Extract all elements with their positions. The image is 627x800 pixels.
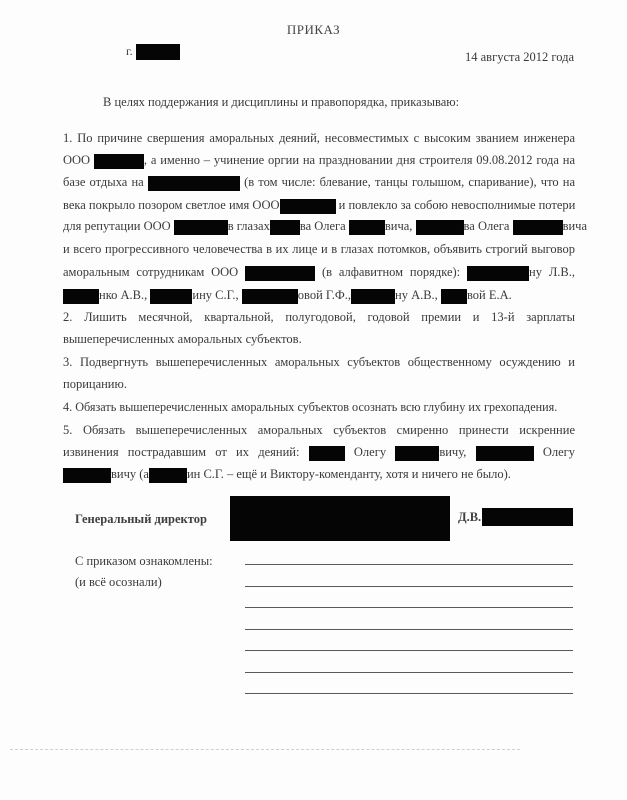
text: аморальным сотрудникам ООО: [63, 265, 238, 279]
text: вичу (а: [111, 467, 149, 481]
text: извинения пострадавшим от их деяний:: [63, 445, 299, 459]
text: ин С.Г. – ещё и Виктору-коменданту, хотя…: [187, 467, 511, 481]
redaction: [270, 220, 300, 235]
p3-line-2: порицанию.: [63, 377, 575, 392]
p5-line-3: вичу (аин С.Г. – ещё и Виктору-комендант…: [63, 467, 575, 483]
text: (в том числе: блевание, танцы голышом, с…: [244, 175, 575, 189]
p2-line-1: 2. Лишить месячной, квартальной, полугод…: [63, 310, 575, 325]
p1-line-5: для репутации ООО в глазахва Олега вича,…: [63, 219, 575, 235]
redaction: [467, 266, 529, 281]
text: вой Е.А.: [467, 288, 512, 302]
signature-line: [245, 607, 573, 608]
signature-line: [245, 629, 573, 630]
p1-line-7: аморальным сотрудникам ООО (в алфавитном…: [63, 265, 575, 281]
text: ООО: [63, 153, 90, 167]
text: ну А.В.,: [395, 288, 438, 302]
redaction: [63, 468, 111, 483]
text: ну Л.В.,: [529, 265, 575, 279]
p4-line-1: 4. Обязать вышеперечисленных аморальных …: [63, 400, 575, 415]
text: вича,: [385, 219, 413, 233]
redaction: [245, 266, 315, 281]
p1-line-4: века покрыло позором светлое имя ООО и п…: [63, 198, 575, 214]
text: ва Олега: [300, 219, 346, 233]
redaction-signature-name: [482, 508, 573, 526]
redaction: [416, 220, 464, 235]
signature-line: [245, 693, 573, 694]
document-date: 14 августа 2012 года: [465, 50, 574, 65]
p1-line-8: нко А.В., ину С.Г., овой Г.Ф.,ну А.В., в…: [63, 288, 575, 304]
signature-line: [245, 672, 573, 673]
redaction: [63, 289, 99, 304]
text: базе отдыха на: [63, 175, 144, 189]
text: вичу,: [439, 445, 466, 459]
redaction-city: [136, 44, 180, 60]
city-line: г.: [126, 44, 180, 60]
redaction: [309, 446, 345, 461]
city-prefix: г.: [126, 44, 133, 58]
redaction: [351, 289, 395, 304]
redaction: [513, 220, 563, 235]
signature-role: Генеральный директор: [75, 512, 207, 527]
text: нко А.В.,: [99, 288, 147, 302]
signature-line: [245, 650, 573, 651]
p5-line-1: 5. Обязать вышеперечисленных аморальных …: [63, 423, 575, 438]
text: в глазах: [228, 219, 270, 233]
acknowledgement-label: С приказом ознакомлены:: [75, 554, 213, 569]
p1-line-3: базе отдыха на (в том числе: блевание, т…: [63, 175, 575, 191]
p5-line-2: извинения пострадавшим от их деяний: Оле…: [63, 445, 575, 461]
text: века покрыло позором светлое имя ООО: [63, 198, 280, 212]
redaction: [174, 220, 228, 235]
preamble: В целях поддержания и дисциплины и право…: [103, 95, 459, 110]
text: ва Олега: [464, 219, 510, 233]
text: ину С.Г.,: [192, 288, 238, 302]
signature-line: [245, 564, 573, 565]
redaction: [441, 289, 467, 304]
redaction: [476, 446, 534, 461]
redaction: [242, 289, 298, 304]
signature-initials: Д.В.: [458, 510, 481, 525]
text: вича: [563, 219, 587, 233]
text: для репутации ООО: [63, 219, 171, 233]
p2-line-2: вышеперечисленных аморальных субъектов.: [63, 332, 575, 347]
redaction: [148, 176, 240, 191]
redaction-signature: [230, 496, 450, 541]
text: и повлекло за собою невосполнимые потери: [339, 198, 576, 212]
p1-line-2: ООО , а именно – учинение оргии на празд…: [63, 153, 575, 169]
redaction: [280, 199, 336, 214]
p1-line-6: и всего прогрессивного человечества в их…: [63, 242, 575, 257]
redaction: [395, 446, 439, 461]
document-title: ПРИКАЗ: [0, 22, 627, 38]
text: овой Г.Ф.,: [298, 288, 351, 302]
redaction: [349, 220, 385, 235]
text: , а именно – учинение оргии на празднова…: [144, 153, 575, 167]
signature-line: [245, 586, 573, 587]
scan-artifact-line: [10, 749, 520, 750]
redaction: [94, 154, 144, 169]
p1-line-1: 1. По причине свершения аморальных деяни…: [63, 131, 575, 146]
redaction: [150, 289, 192, 304]
acknowledgement-sublabel: (и всё осознали): [75, 575, 162, 590]
text: Олегу: [354, 445, 386, 459]
text: (в алфавитном порядке):: [322, 265, 460, 279]
text: Олегу: [543, 445, 575, 459]
redaction: [149, 468, 187, 483]
p3-line-1: 3. Подвергнуть вышеперечисленных амораль…: [63, 355, 575, 370]
